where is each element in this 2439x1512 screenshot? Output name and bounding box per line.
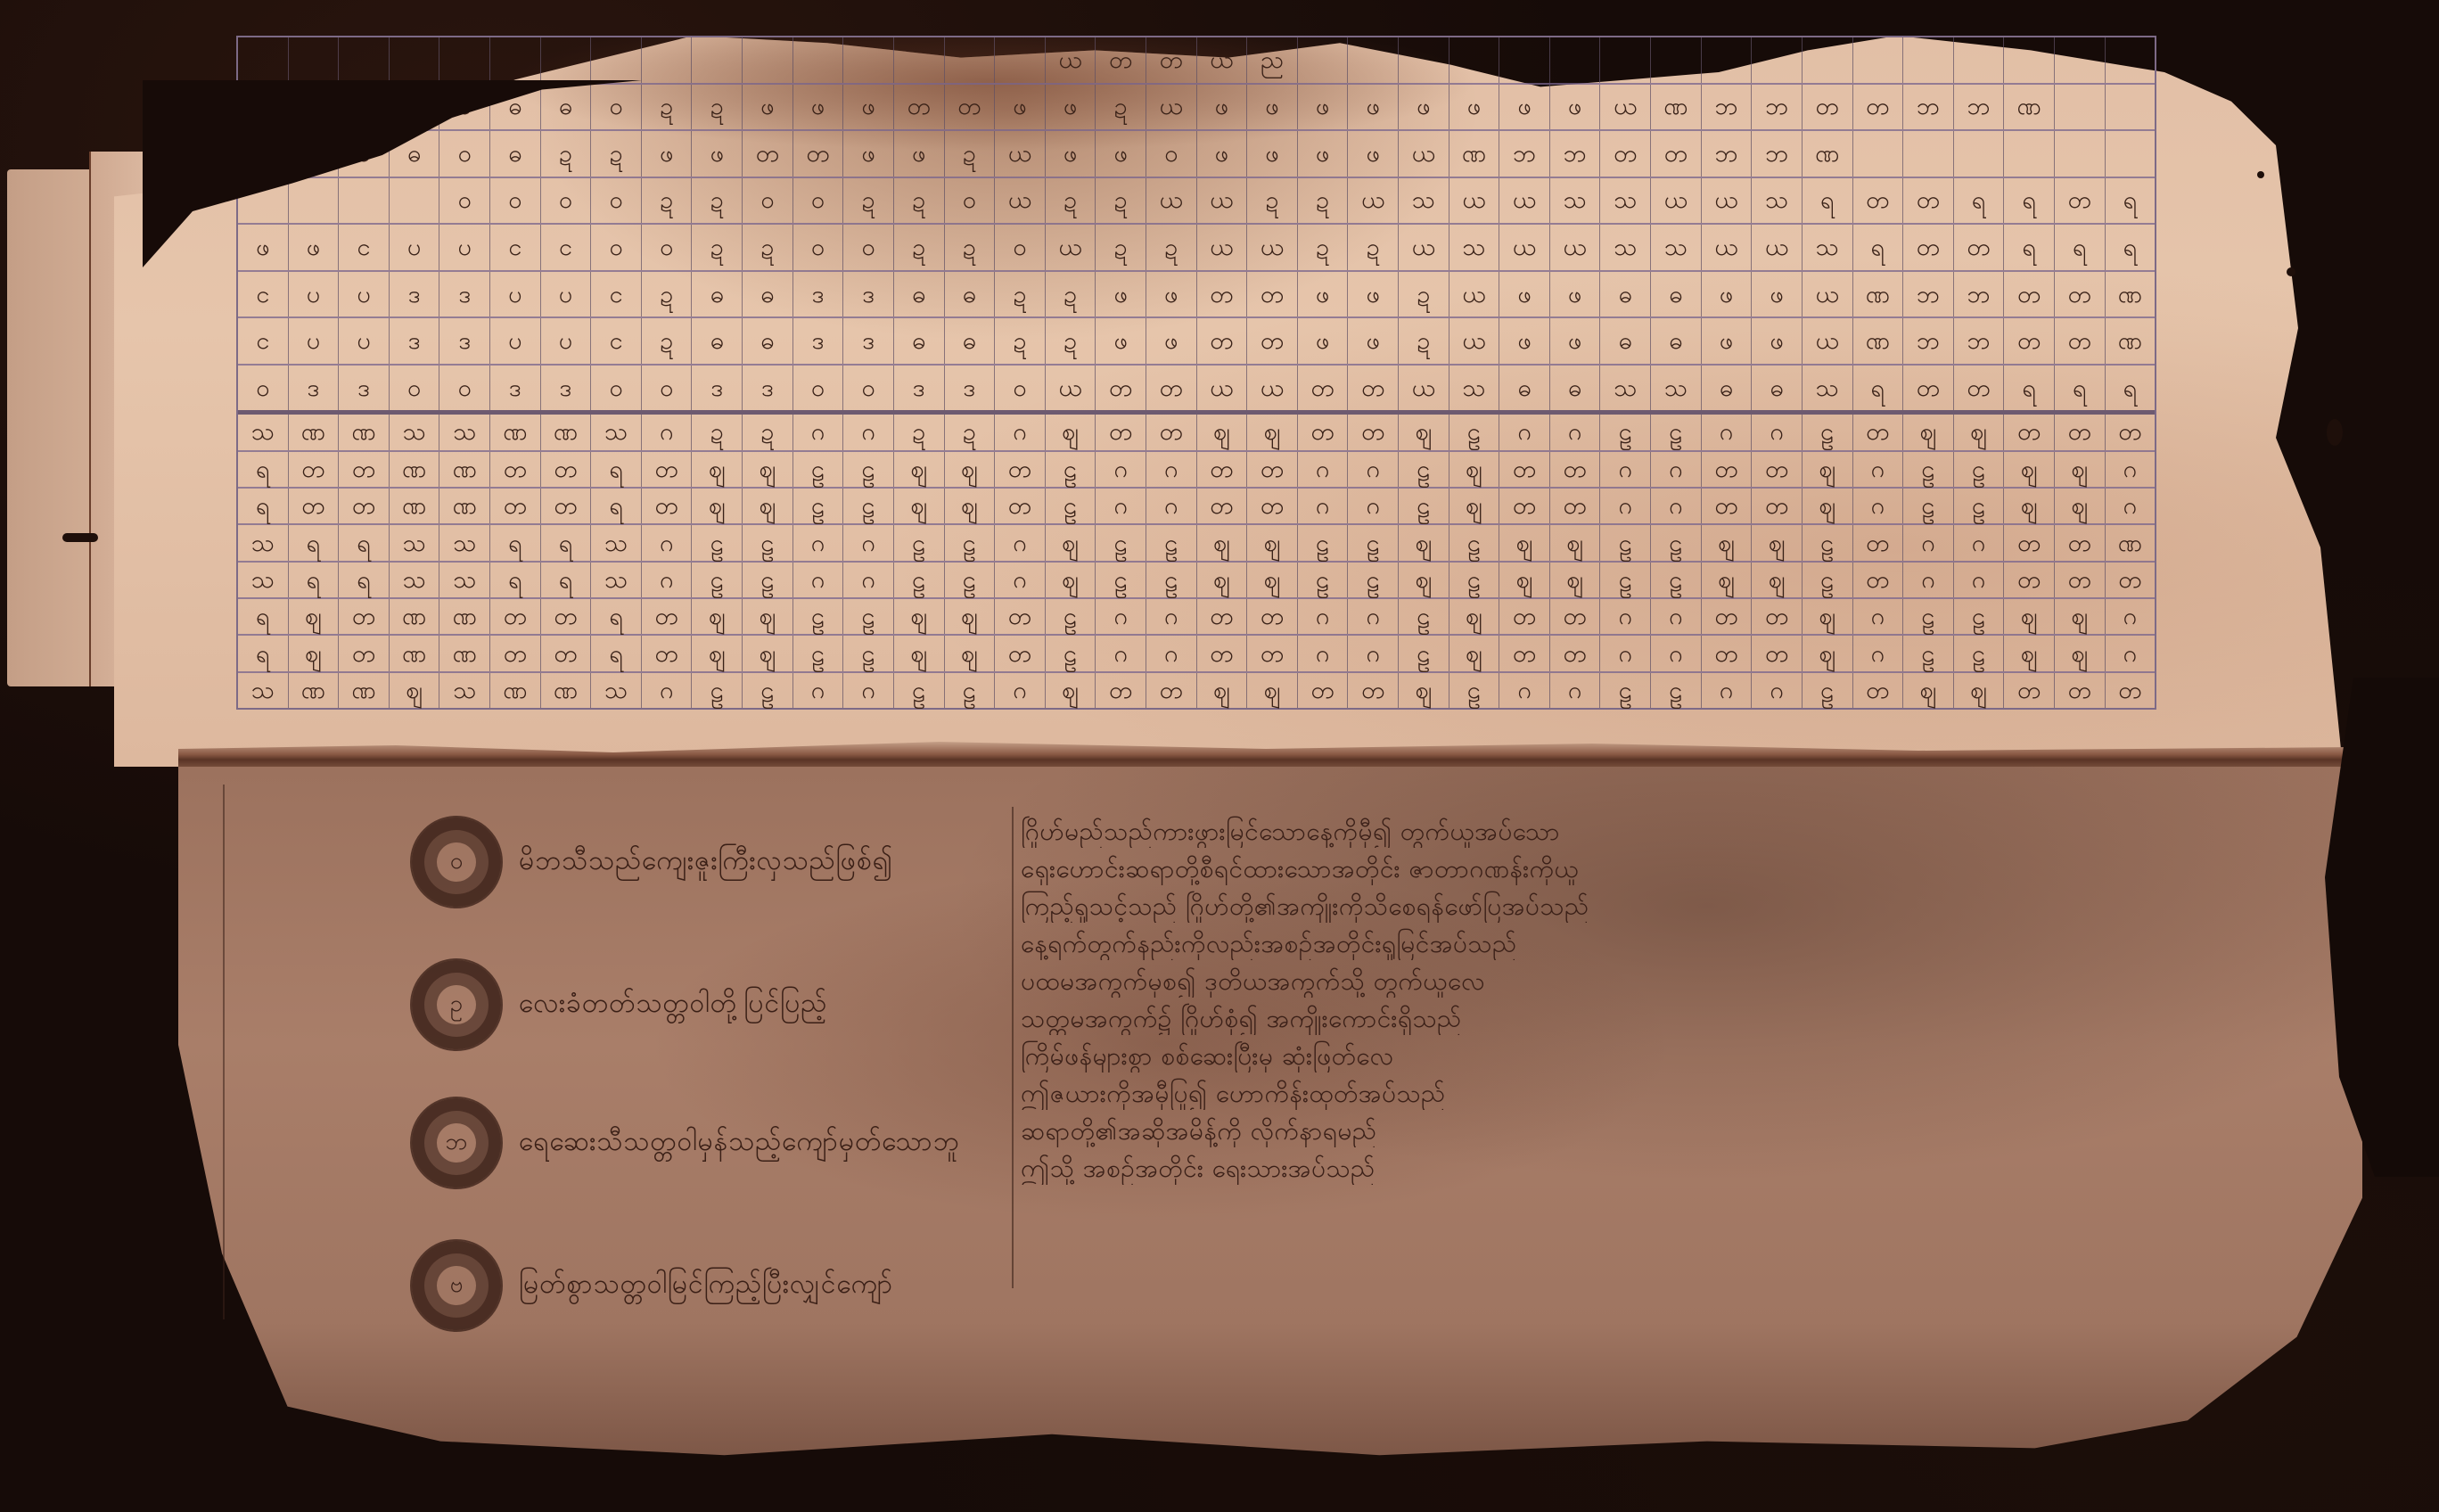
grid-cell: ဠ [1399,599,1449,634]
grid-cell: ဂ [793,415,844,449]
spiral-symbol-icon: ဗ [410,1239,503,1332]
spiral-symbol-icon: ဝ [410,816,503,908]
grid-cell [1499,37,1550,83]
grid-cell: ဍ [642,85,693,130]
grid-cell [1853,131,1904,177]
grid-cell: ရ [1954,178,2005,224]
grid-cell: ရ [339,563,390,597]
grid-cell [1348,37,1399,83]
grid-cell: ယ [1702,225,1753,270]
grid-cell: ဠ [1954,452,2005,487]
grid-cell: ဖ [1348,85,1399,130]
grid-cell: ဖ [1499,85,1550,130]
grid-cell: ဈ [1954,673,2005,708]
grid-cell: ဏ [1449,131,1500,177]
grid-cell: ဠ [1803,673,1853,708]
grid-cell: တ [1146,415,1197,449]
grid-cell: ဓ [1752,366,1803,411]
grid-cell: တ [1348,366,1399,411]
grid-cell: ဖ [1499,272,1550,317]
grid-cell: တ [2055,563,2106,597]
grid-cell: ဝ [793,225,844,270]
grid-cell: ည [1247,37,1298,83]
grid-cell: ရ [2004,366,2055,411]
grid-cell: တ [1752,636,1803,670]
grid-cell: တ [1247,452,1298,487]
grid-cell: ဒ [439,272,490,317]
grid-cell: ဍ [1096,225,1146,270]
grid-cell: တ [743,131,793,177]
grid-cell: ဏ [1853,318,1904,364]
grid-cell: ဝ [439,178,490,224]
grid-cell: တ [1146,673,1197,708]
grid-cell: ဂ [1298,599,1349,634]
grid-cell: ဠ [1600,415,1651,449]
grid-cell: ဏ [1803,131,1853,177]
grid-cell: ဍ [894,415,945,449]
grid-cell: ဖ [793,85,844,130]
grid-cell [2004,131,2055,177]
grid-cell [2106,85,2156,130]
grid-cell: င [541,225,592,270]
grid-cell: ဍ [642,178,693,224]
grid-cell: သ [1550,178,1601,224]
grid-cell: ဈ [743,599,793,634]
grid-cell: ဝ [995,366,1046,411]
grid-cell: ပ [541,318,592,364]
grid-cell: ဈ [1954,415,2005,449]
grid-cell: ဂ [1146,489,1197,523]
grid-cell: ဏ [390,489,440,523]
grid-cell: ဖ [843,85,894,130]
grid-cell: ဏ [2106,525,2156,560]
grid-cell: တ [1298,673,1349,708]
grid-cell: တ [1197,452,1248,487]
grid-cell: ဂ [1752,415,1803,449]
grid-cell: ဍ [843,178,894,224]
grid-cell: ဘ [1702,131,1753,177]
grid-cell: သ [1803,366,1853,411]
grid-cell: ဂ [2106,599,2156,634]
grid-cell: တ [1247,272,1298,317]
grid-cell: တ [1146,37,1197,83]
grid-cell: ဖ [1096,131,1146,177]
text-line: ပထမအကွက်မှစ၍ ဒုတိယအကွက်သို့ တွက်ယူလေ [1021,966,2233,998]
grid-cell: ဈ [894,599,945,634]
grid-cell: ဍ [1046,272,1096,317]
grid-cell: ရ [238,599,289,634]
grid-cell: ဠ [945,673,996,708]
manuscript-text-block: ဂြိုဟ်မည်သည်ကားဖွားမြင်သောနေ့ကိုမှီ၍ တွက… [1021,816,2233,1185]
grid-cell: ရ [591,452,642,487]
grid-cell [490,37,541,83]
grid-cell: သ [1600,225,1651,270]
grid-cell: ဂ [2106,636,2156,670]
grid-cell: ရ [490,563,541,597]
grid-cell: ဖ [1046,85,1096,130]
grid-cell: ရ [339,525,390,560]
grid-cell: တ [1298,415,1349,449]
grid-cell: ပ [439,225,490,270]
grid-cell: ဈ [692,599,743,634]
grid-cell: ဠ [1348,525,1399,560]
grid-cell [289,37,340,83]
grid-cell: ယ [1803,318,1853,364]
grid-cell: ဂ [1146,452,1197,487]
grid-cell: ဍ [692,225,743,270]
grid-cell: ဖ [1702,318,1753,364]
grid-cell: ဝ [591,225,642,270]
grid-cell [238,37,289,83]
grid-cell: တ [793,131,844,177]
grid-cell: ဈ [945,599,996,634]
grid-cell: ဂ [1348,452,1399,487]
grid-cell: ဓ [945,318,996,364]
grid-cell: သ [439,415,490,449]
grid-cell: သ [591,415,642,449]
grid-cell: ဂ [1702,415,1753,449]
grid-cell: ဈ [1499,563,1550,597]
grid-cell: သ [1651,225,1702,270]
grid-cell: ဂ [1600,636,1651,670]
grid-cell: ဍ [945,225,996,270]
grid-cell: တ [490,489,541,523]
grid-cell: ဏ [289,673,340,708]
grid-cell: ဠ [1399,636,1449,670]
grid-cell: ဖ [1146,318,1197,364]
grid-cell: ဍ [1298,178,1349,224]
grid-cell: ဂ [1903,525,1954,560]
grid-cell: ပ [541,272,592,317]
grid-cell: ယ [1499,225,1550,270]
grid-cell: ဍ [1096,85,1146,130]
grid-cell: ဍ [995,272,1046,317]
grid-cell: ဂ [1550,673,1601,708]
grid-row: ယတတယည [238,37,2155,85]
grid-cell: တ [2004,318,2055,364]
grid-cell: ဈ [1247,525,1298,560]
grid-cell: ဠ [843,636,894,670]
grid-cell: ဂ [1298,452,1349,487]
grid-cell: တ [1853,563,1904,597]
grid-cell [1298,37,1349,83]
grid-cell: ဈ [1449,489,1500,523]
text-line: ကြည့်ရှုသင့်သည် ဂြိုဟ်တို့၏အကျိုးကိုသိစေ… [1021,891,2233,923]
grid-cell: ဓ [692,318,743,364]
grid-cell: တ [2004,673,2055,708]
grid-cell: ဠ [843,599,894,634]
grid-cell: ဖ [642,131,693,177]
grid-cell: ဓ [894,318,945,364]
grid-cell: ဠ [743,673,793,708]
grid-cell: ဏ [541,673,592,708]
grid-cell: ဠ [1803,415,1853,449]
grid-cell: တ [1702,636,1753,670]
grid-cell: င [339,225,390,270]
grid-cell: ဓ [1651,272,1702,317]
grid-cell: ဠ [1096,525,1146,560]
grid-cell: တ [1702,599,1753,634]
grid-cell: ဖ [894,131,945,177]
grid-cell: င [591,318,642,364]
grid-cell [2004,37,2055,83]
grid-cell: ဖ [1096,272,1146,317]
grid-cell: ယ [1348,178,1399,224]
grid-cell: ရ [289,525,340,560]
grid-cell: ဖ [1348,131,1399,177]
grid-cell: ဂ [995,563,1046,597]
grid-cell: ဏ [490,415,541,449]
grid-cell [1702,37,1753,83]
grid-cell: ဏ [490,673,541,708]
grid-cell: ဂ [2106,452,2156,487]
text-line: ဂြိုဟ်မည်သည်ကားဖွားမြင်သောနေ့ကိုမှီ၍ တွက… [1021,816,2233,848]
grid-cell [339,37,390,83]
grid-cell: သ [238,525,289,560]
grid-cell [995,37,1046,83]
grid-cell: ဈ [1046,525,1096,560]
grid-cell: ဈ [1046,563,1096,597]
grid-cell: ဠ [1600,563,1651,597]
grid-cell: ဈ [945,452,996,487]
grid-cell: ဓ [1600,272,1651,317]
grid-cell: ဍ [894,178,945,224]
grid-cell: ဈ [2055,489,2106,523]
grid-cell: ဈ [2055,452,2106,487]
grid-cell: သ [1449,366,1500,411]
grid-cell: တ [339,489,390,523]
grid-cell: ဂ [843,525,894,560]
ink-spot [2257,171,2264,178]
grid-cell: ဍ [692,178,743,224]
grid-cell: သ [390,563,440,597]
grid-row: ရတတဏဏတတရတဈဈဠဠဈဈတဠဂဂတတဂဂဠဈတတဂဂတတဈဂဠဠဈဈဂ [238,489,2155,525]
grid-cell: ဒ [692,366,743,411]
grid-cell: ဂ [793,563,844,597]
grid-cell: ဍ [1399,272,1449,317]
grid-cell: ဈ [1399,525,1449,560]
grid-cell: ဂ [1651,636,1702,670]
grid-cell: ယ [1247,366,1298,411]
grid-cell: ပ [339,318,390,364]
grid-row: သဏဏဈသဏဏသဂဠဠဂဂဠဠဂဈတတဈဈတတဈဠဂဂဠဠဂဂဠတဈဈတတတ [238,673,2155,708]
grid-cell: သ [439,563,490,597]
grid-cell: တ [1550,599,1601,634]
grid-cell: ဂ [1954,525,2005,560]
grid-cell: တ [1903,366,1954,411]
grid-cell: ဠ [1146,563,1197,597]
grid-cell: ဒ [945,366,996,411]
grid-cell: ဠ [1046,636,1096,670]
grid-row: သဏဏသသဏဏသဂဍဍဂဂဍဍဂဈတတဈဈတတဈဠဂဂဠဠဂဂဠတဈဈတတတ [238,415,2155,451]
grid-cell: တ [1499,636,1550,670]
grid-cell [1954,37,2005,83]
grid-cell: ဏ [339,415,390,449]
grid-cell: ဈ [1903,673,1954,708]
grid-cell: ရ [2106,178,2156,224]
entry-text: မြတ်စွာသတ္တဝါမြင်ကြည့်ပြီးလျှင်ကျော် [519,1266,893,1306]
grid-cell: ပ [289,272,340,317]
grid-cell: ဂ [1298,636,1349,670]
grid-cell: ဈ [1247,415,1298,449]
grid-cell: ဈ [2004,599,2055,634]
grid-cell: ဂ [1096,636,1146,670]
grid-cell: တ [1197,272,1248,317]
grid-cell: တ [2055,525,2106,560]
grid-cell: သ [1600,178,1651,224]
grid-cell: ဠ [894,563,945,597]
grid-cell: သ [390,525,440,560]
text-line: ဤသို့ အစဉ်အတိုင်း ရေးသားအပ်သည် [1021,1153,2233,1185]
grid-cell: ဠ [894,673,945,708]
grid-cell: င [238,272,289,317]
grid-cell: ဏ [439,489,490,523]
grid-cell: ဓ [1702,366,1753,411]
grid-cell: တ [1752,452,1803,487]
grid-cell: သ [1399,178,1449,224]
grid-cell: တ [1197,318,1248,364]
entry-2: ဥ လေးခံတတ်သတ္တဝါတို့ပြင်ပြည့် [410,958,827,1051]
grid-cell: ဈ [1550,525,1601,560]
grid-cell [1449,37,1500,83]
grid-cell: ဠ [793,489,844,523]
grid-cell: ဒ [390,318,440,364]
grid-cell: ဍ [1046,318,1096,364]
grid-cell: ဒ [743,366,793,411]
grid-cell: ရ [591,489,642,523]
grid-cell: ဏ [1651,85,1702,130]
grid-cell: ဠ [1146,525,1197,560]
grid-cell [1651,37,1702,83]
grid-cell: ယ [1449,272,1500,317]
grid-cell: သ [591,525,642,560]
grid-cell: ဖ [289,225,340,270]
grid-cell: ယ [1197,366,1248,411]
grid-cell: တ [2106,415,2156,449]
grid-cell: ဈ [289,636,340,670]
grid-cell: ဏ [439,452,490,487]
grid-cell: ဈ [1499,525,1550,560]
grid-cell: တ [1702,452,1753,487]
grid-cell: ဠ [793,636,844,670]
grid-cell: ဂ [1348,489,1399,523]
grid-cell: ဠ [894,525,945,560]
grid-cell: ဖ [1298,272,1349,317]
grid-cell: ရ [2004,178,2055,224]
grid-row: ဖဖငပပငငဝဝဍဍဝဝဍဍဝယဍဍယယဍဍယသယယသသယယသရတတရရရ [238,225,2155,272]
grid-cell: တ [1853,415,1904,449]
grid-cell: တ [289,452,340,487]
grid-cell: ဘ [1550,131,1601,177]
grid-cell: ဝ [238,366,289,411]
grid-cell: ဠ [1298,525,1349,560]
grid-cell: တ [1954,366,2005,411]
grid-cell: ရ [2106,225,2156,270]
grid-cell [1752,37,1803,83]
grid-cell: ဓ [490,131,541,177]
grid-cell: ဘ [1954,318,2005,364]
grid-cell: ဠ [945,525,996,560]
grid-cell: သ [1449,225,1500,270]
grid-cell: ဖ [1752,272,1803,317]
grid-cell: တ [541,452,592,487]
grid-cell: ဠ [1903,636,1954,670]
grid-cell: ယ [1247,225,1298,270]
grid-cell [945,37,996,83]
grid-cell: ဂ [1499,415,1550,449]
grid-cell: ဠ [793,599,844,634]
grid-cell: ဒ [289,366,340,411]
grid-cell: ဂ [642,673,693,708]
grid-cell: ယ [1146,178,1197,224]
grid-cell: ဍ [995,318,1046,364]
grid-cell: ဍ [591,131,642,177]
entry-4: ဗ မြတ်စွာသတ္တဝါမြင်ကြည့်ပြီးလျှင်ကျော် [410,1239,893,1332]
grid-cell: ယ [1399,225,1449,270]
grid-cell: ဍ [894,225,945,270]
grid-cell: ဒ [793,272,844,317]
grid-cell: သ [1651,366,1702,411]
grid-cell [2106,131,2156,177]
grid-row: သရရသသရရသဂဠဠဂဂဠဠဂဈဠဠဈဈဠဠဈဠဈဈဠဠဈဈဠတဂဂတတတ [238,563,2155,599]
grid-cell: တ [1096,366,1146,411]
grid-cell: ဂ [2106,489,2156,523]
grid-cell: ဠ [1651,673,1702,708]
grid-cell: ဏ [541,415,592,449]
grid-cell: ဈ [743,452,793,487]
grid-cell: ဖ [238,225,289,270]
grid-cell: တ [1197,599,1248,634]
grid-cell: ဝ [439,366,490,411]
grid-cell: ဈ [2055,636,2106,670]
grid-cell: ပ [390,225,440,270]
grid-cell: ဈ [2055,599,2106,634]
grid-cell: ဂ [1903,563,1954,597]
grid-cell: ဖ [743,85,793,130]
grid-cell: ဈ [1702,563,1753,597]
grid-cell: တ [2055,673,2106,708]
text-line: ကြိမ်ဖန်များစွာ စစ်ဆေးပြီးမှ ဆုံးဖြတ်လေ [1021,1040,2233,1072]
grid-cell: တ [1247,599,1298,634]
entry-text: မိဘသီသည်ကျေးဇူးကြီးလှသည်ဖြစ်၍ [519,842,893,883]
grid-cell: ဠ [843,489,894,523]
grid-cell: ဖ [843,131,894,177]
grid-cell: ဓ [894,272,945,317]
grid-cell: ယ [1399,366,1449,411]
grid-cell: ဖ [1499,318,1550,364]
grid-cell: ဂ [1853,452,1904,487]
grid-cell: ဂ [793,525,844,560]
grid-cell: ဂ [1146,636,1197,670]
grid-cell: ရ [1803,178,1853,224]
grid-cell: ဝ [843,225,894,270]
grid-cell: ဈ [1449,599,1500,634]
grid-cell: ဖ [1298,318,1349,364]
grid-cell: ဠ [945,563,996,597]
grid-cell: ဈ [692,636,743,670]
grid-cell: ဠ [1651,525,1702,560]
grid-cell: ဂ [1651,489,1702,523]
grid-cell: ဠ [1651,563,1702,597]
grid-cell: ဠ [1449,525,1500,560]
column-divider [1012,807,1014,1288]
grid-cell: ဈ [692,489,743,523]
grid-lower-section: သဏဏသသဏဏသဂဍဍဂဂဍဍဂဈတတဈဈတတဈဠဂဂဠဠဂဂဠတဈဈတတတရတ… [238,410,2155,708]
grid-cell: ဝ [591,85,642,130]
grid-cell: ဏ [289,415,340,449]
grid-cell: ရ [1853,366,1904,411]
grid-cell: ဂ [642,525,693,560]
